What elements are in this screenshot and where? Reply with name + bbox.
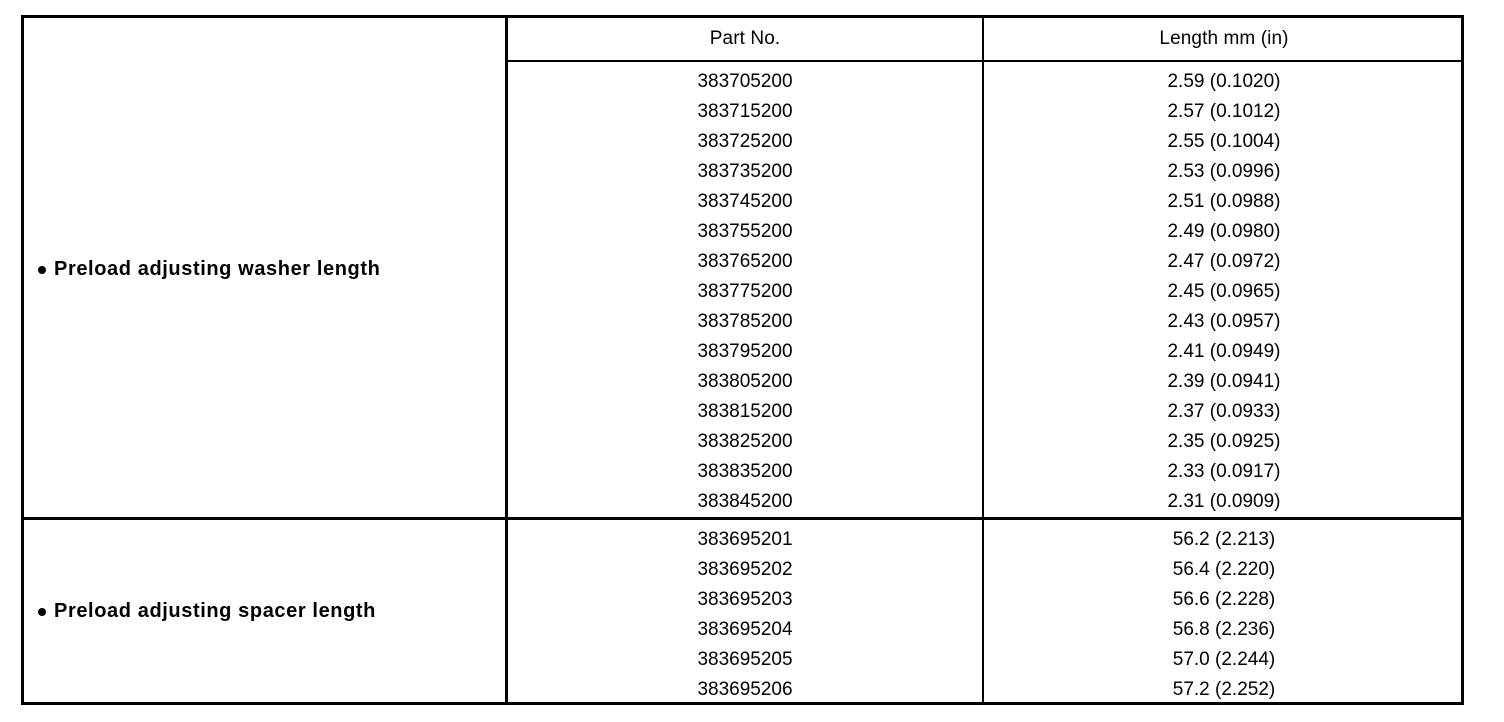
spacer-length-column: 56.2 (2.213)56.4 (2.220)56.6 (2.228)56.8… (984, 525, 1464, 705)
part-number-cell: 383755200 (697, 217, 792, 247)
part-number-cell: 383785200 (697, 307, 792, 337)
spacer-part-column: 3836952013836952023836952033836952043836… (508, 525, 982, 705)
section-label-text: Preload adjusting washer length (54, 258, 380, 281)
length-cell: 2.39 (0.0941) (1167, 367, 1280, 397)
length-cell: 2.41 (0.0949) (1167, 337, 1280, 367)
length-cell: 2.49 (0.0980) (1167, 217, 1280, 247)
part-number-cell: 383815200 (697, 397, 792, 427)
part-number-cell: 383695204 (697, 615, 792, 645)
part-number-cell: 383695202 (697, 555, 792, 585)
section-label-text: Preload adjusting spacer length (54, 600, 376, 623)
length-cell: 2.59 (0.1020) (1167, 67, 1280, 97)
washer-part-column: 3837052003837152003837252003837352003837… (508, 67, 982, 517)
section-label-spacer: Preload adjusting spacer length (38, 600, 376, 623)
part-number-cell: 383695203 (697, 585, 792, 615)
header-part-no: Part No. (508, 18, 982, 60)
length-cell: 2.55 (0.1004) (1167, 127, 1280, 157)
part-number-cell: 383695205 (697, 645, 792, 675)
length-cell: 2.51 (0.0988) (1167, 187, 1280, 217)
length-cell: 2.45 (0.0965) (1167, 277, 1280, 307)
part-number-cell: 383735200 (697, 157, 792, 187)
length-cell: 56.4 (2.220) (1173, 555, 1275, 585)
length-cell: 57.2 (2.252) (1173, 675, 1275, 705)
length-cell: 2.35 (0.0925) (1167, 427, 1280, 457)
part-number-cell: 383745200 (697, 187, 792, 217)
section-label-washer: Preload adjusting washer length (38, 258, 380, 281)
part-number-cell: 383775200 (697, 277, 792, 307)
header-divider (508, 60, 1461, 62)
part-number-cell: 383835200 (697, 457, 792, 487)
length-cell: 2.31 (0.0909) (1167, 487, 1280, 517)
part-number-cell: 383725200 (697, 127, 792, 157)
part-number-cell: 383695206 (697, 675, 792, 705)
length-cell: 56.8 (2.236) (1173, 615, 1275, 645)
part-number-cell: 383705200 (697, 67, 792, 97)
part-number-cell: 383845200 (697, 487, 792, 517)
part-number-cell: 383695201 (697, 525, 792, 555)
bullet-icon (38, 266, 46, 274)
length-cell: 2.57 (0.1012) (1167, 97, 1280, 127)
length-cell: 56.2 (2.213) (1173, 525, 1275, 555)
part-number-cell: 383765200 (697, 247, 792, 277)
length-cell: 56.6 (2.228) (1173, 585, 1275, 615)
bullet-icon (38, 608, 46, 616)
length-cell: 2.37 (0.0933) (1167, 397, 1280, 427)
part-number-cell: 383715200 (697, 97, 792, 127)
section-divider (24, 517, 1461, 520)
length-cell: 57.0 (2.244) (1173, 645, 1275, 675)
length-cell: 2.33 (0.0917) (1167, 457, 1280, 487)
part-number-cell: 383825200 (697, 427, 792, 457)
length-cell: 2.47 (0.0972) (1167, 247, 1280, 277)
length-cell: 2.43 (0.0957) (1167, 307, 1280, 337)
header-length: Length mm (in) (984, 18, 1464, 60)
part-number-cell: 383795200 (697, 337, 792, 367)
specification-table: Part No. Length mm (in) Preload adjustin… (21, 15, 1464, 705)
part-number-cell: 383805200 (697, 367, 792, 397)
washer-length-column: 2.59 (0.1020)2.57 (0.1012)2.55 (0.1004)2… (984, 67, 1464, 517)
length-cell: 2.53 (0.0996) (1167, 157, 1280, 187)
